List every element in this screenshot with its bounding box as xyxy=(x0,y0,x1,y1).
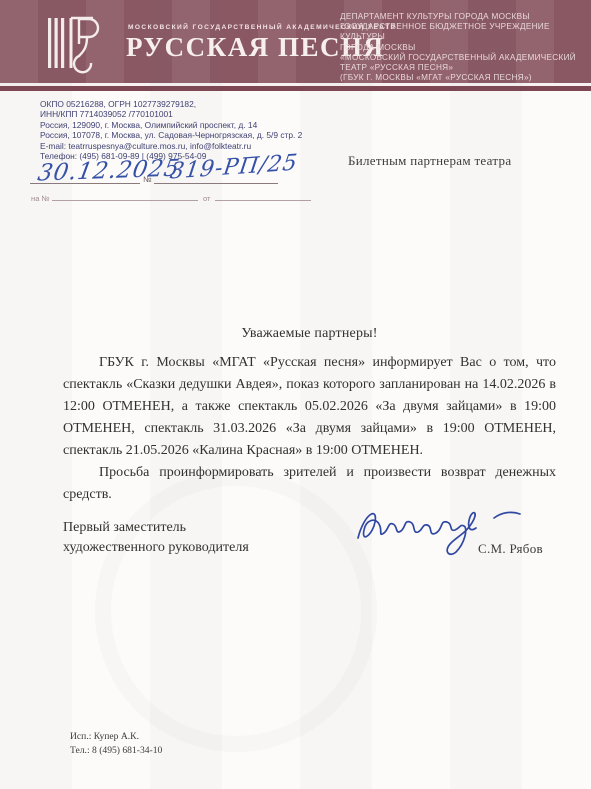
org-line: ТЕАТР «РУССКАЯ ПЕСНЯ» xyxy=(340,63,585,73)
signer-name: С.М. Рябов xyxy=(478,541,543,557)
org-line: «МОСКОВСКИЙ ГОСУДАРСТВЕННЫЙ АКАДЕМИЧЕСКИ… xyxy=(340,53,585,63)
scanned-letter-page: МОСКОВСКИЙ ГОСУДАРСТВЕННЫЙ АКАДЕМИЧЕСКИЙ… xyxy=(0,0,591,789)
reply-from-label: от xyxy=(203,194,211,203)
letter-body: ГБУК г. Москвы «МГАТ «Русская песня» инф… xyxy=(63,352,556,506)
theatre-logo: МОСКОВСКИЙ ГОСУДАРСТВЕННЫЙ АКАДЕМИЧЕСКИЙ… xyxy=(46,8,346,78)
org-line: ГОРОДА МОСКВЫ xyxy=(340,43,585,53)
reply-date-underline xyxy=(215,192,311,201)
requisites-line: Россия, 107078, г. Москва, ул. Садовая-Ч… xyxy=(40,130,340,140)
org-info-block: ДЕПАРТАМЕНТ КУЛЬТУРЫ ГОРОДА МОСКВЫ ГОСУД… xyxy=(340,12,585,83)
executor-block: Исп.: Купер А.К. Тел.: 8 (495) 681-34-10 xyxy=(70,730,162,757)
requisites-line: E-mail: teatrruspesnya@culture.mos.ru, i… xyxy=(40,141,340,151)
org-line: (ГБУК Г. МОСКВЫ «МГАТ «РУССКАЯ ПЕСНЯ») xyxy=(340,73,585,83)
signature-ink xyxy=(352,498,532,569)
reply-number-underline xyxy=(52,192,198,201)
paper-watermark xyxy=(95,470,377,752)
logo-caption: МОСКОВСКИЙ ГОСУДАРСТВЕННЫЙ АКАДЕМИЧЕСКИЙ… xyxy=(128,24,358,31)
letterhead-stripe xyxy=(0,86,591,91)
org-line: ГОСУДАРСТВЕННОЕ БЮДЖЕТНОЕ УЧРЕЖДЕНИЕ КУЛ… xyxy=(340,22,585,42)
requisites-line: Россия, 129090, г. Москва, Олимпийский п… xyxy=(40,120,340,130)
reply-reference-row: на № от xyxy=(31,192,311,204)
signer-position: Первый заместитель художественного руков… xyxy=(63,518,323,558)
executor-phone: Тел.: 8 (495) 681-34-10 xyxy=(70,744,162,758)
requisites-line: ИНН/КПП 7714039052 /770101001 xyxy=(40,109,340,119)
body-paragraph: ГБУК г. Москвы «МГАТ «Русская песня» инф… xyxy=(63,352,556,462)
requisites-line: ОКПО 05216288, ОГРН 1027739279182, xyxy=(40,99,340,109)
signer-position-line: Первый заместитель xyxy=(63,518,323,538)
number-sign-label: № xyxy=(143,175,152,184)
org-line: ДЕПАРТАМЕНТ КУЛЬТУРЫ ГОРОДА МОСКВЫ xyxy=(340,12,585,22)
theatre-logo-icon xyxy=(46,10,120,81)
addressee: Билетным партнерам театра xyxy=(348,153,511,169)
reply-to-label: на № xyxy=(31,194,50,203)
salutation: Уважаемые партнеры! xyxy=(63,326,556,342)
executor-name: Исп.: Купер А.К. xyxy=(70,730,162,744)
signer-position-line: художественного руководителя xyxy=(63,538,323,558)
